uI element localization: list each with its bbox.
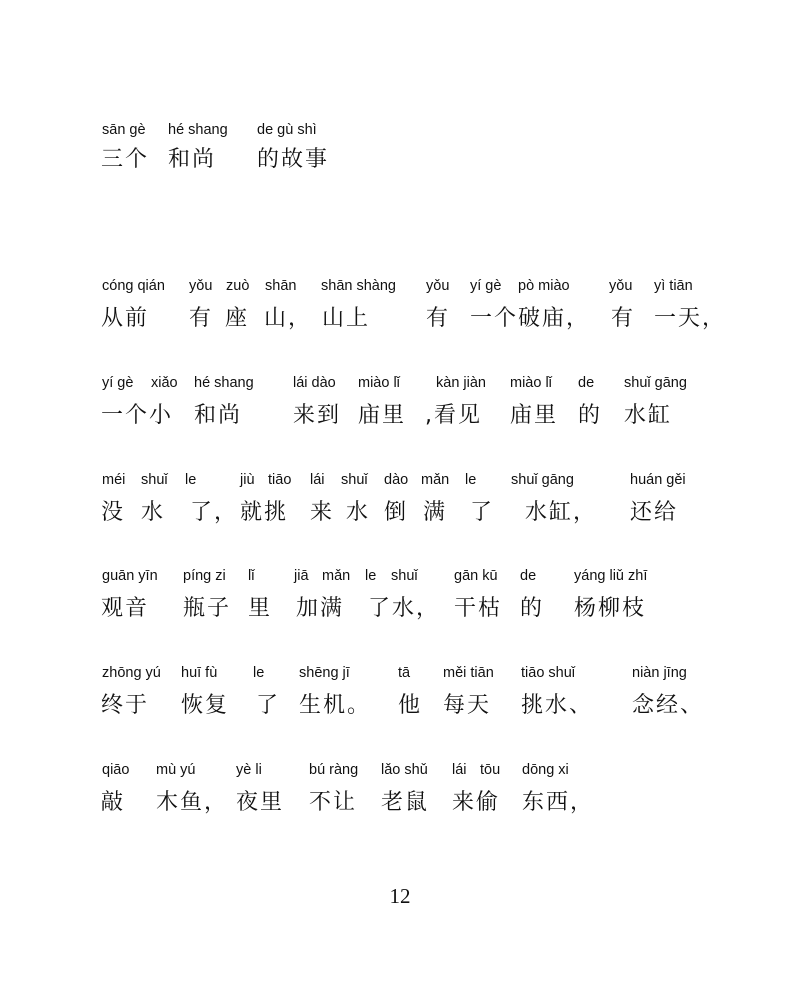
pinyin-word: jiù xyxy=(240,471,255,489)
hanzi-word: 每天 xyxy=(443,692,491,720)
hanzi-word: 水 xyxy=(346,499,370,527)
hanzi-word: 老鼠 xyxy=(381,789,429,817)
hanzi-word: 没 xyxy=(101,499,125,527)
pinyin-word: mǎn xyxy=(421,471,449,489)
title-pinyin: sān gè xyxy=(102,121,146,139)
hanzi-word: 来到 xyxy=(293,402,341,430)
pinyin-word: yí gè xyxy=(470,277,501,295)
pinyin-word: qiāo xyxy=(102,761,129,779)
pinyin-word: le xyxy=(365,567,376,585)
pinyin-word: shuǐ xyxy=(341,471,368,489)
hanzi-word: 有 xyxy=(426,305,450,333)
pinyin-word: bú ràng xyxy=(309,761,358,779)
hanzi-word: 加满 xyxy=(296,595,344,623)
hanzi-word: 一天， xyxy=(654,305,726,333)
pinyin-word: dào xyxy=(384,471,408,489)
hanzi-word: 座 xyxy=(225,305,249,333)
pinyin-word: miào lǐ xyxy=(510,374,552,392)
pinyin-word: yǒu xyxy=(189,277,212,295)
hanzi-word: 有 xyxy=(611,305,635,333)
pinyin-word: yí gè xyxy=(102,374,133,392)
pinyin-word: miào lǐ xyxy=(358,374,400,392)
storybook-page: sān gèhé shangde gù shì三个和尚的故事cóng qiány… xyxy=(0,0,800,1000)
pinyin-word: kàn jiàn xyxy=(436,374,486,392)
hanzi-word: 了， xyxy=(190,499,238,527)
pinyin-word: xiǎo xyxy=(151,374,178,392)
pinyin-word: shuǐ xyxy=(391,567,418,585)
hanzi-word: 和尚 xyxy=(194,402,242,430)
pinyin-word: shuǐ gāng xyxy=(511,471,574,489)
pinyin-word: mǎn xyxy=(322,567,350,585)
pinyin-word: yǒu xyxy=(609,277,632,295)
hanzi-word: 山上 xyxy=(322,305,370,333)
title-hanzi: 三个 xyxy=(101,146,149,174)
pinyin-word: niàn jīng xyxy=(632,664,687,682)
hanzi-word: 庙里 xyxy=(358,402,406,430)
pinyin-word: lǎo shǔ xyxy=(381,761,428,779)
hanzi-word: 干枯 xyxy=(454,595,502,623)
hanzi-word: 生机。 xyxy=(299,692,371,720)
pinyin-word: hé shang xyxy=(194,374,254,392)
pinyin-word: lái dào xyxy=(293,374,336,392)
hanzi-word: 水缸 xyxy=(624,402,672,430)
hanzi-word: 来 xyxy=(310,499,334,527)
hanzi-word: 的 xyxy=(520,595,544,623)
hanzi-word: 山， xyxy=(264,305,312,333)
hanzi-word: 瓶子 xyxy=(183,595,231,623)
hanzi-word: ,看见 xyxy=(425,402,482,430)
hanzi-word: 有 xyxy=(189,305,213,333)
pinyin-word: cóng qián xyxy=(102,277,165,295)
hanzi-word: 观音 xyxy=(101,595,149,623)
pinyin-word: shēng jī xyxy=(299,664,350,682)
pinyin-word: zhōng yú xyxy=(102,664,161,682)
hanzi-word: 敲 xyxy=(101,789,125,817)
pinyin-word: dōng xi xyxy=(522,761,569,779)
hanzi-word: 一个破庙， xyxy=(470,305,590,333)
pinyin-word: měi tiān xyxy=(443,664,494,682)
pinyin-word: shān shàng xyxy=(321,277,396,295)
pinyin-word: yì tiān xyxy=(654,277,693,295)
hanzi-word: 杨柳枝 xyxy=(574,595,646,623)
title-hanzi: 的故事 xyxy=(257,146,329,174)
pinyin-word: tiāo shuǐ xyxy=(521,664,575,682)
hanzi-word: 念经、 xyxy=(632,692,704,720)
pinyin-word: guān yīn xyxy=(102,567,158,585)
hanzi-word: 满 xyxy=(423,499,447,527)
hanzi-word: 从前 xyxy=(101,305,149,333)
hanzi-word: 庙里 xyxy=(510,402,558,430)
hanzi-word: 一个小 xyxy=(101,402,173,430)
hanzi-word: 倒 xyxy=(384,499,408,527)
hanzi-word: 东西， xyxy=(522,789,594,817)
hanzi-word: 就挑 xyxy=(240,499,288,527)
pinyin-word: shuǐ gāng xyxy=(624,374,687,392)
pinyin-word: shān xyxy=(265,277,296,295)
pinyin-word: gān kū xyxy=(454,567,498,585)
hanzi-word: 还给 xyxy=(630,499,678,527)
page-number: 12 xyxy=(0,884,800,909)
pinyin-word: yáng liǔ zhī xyxy=(574,567,647,585)
hanzi-word: 他 xyxy=(398,692,422,720)
pinyin-word: yǒu xyxy=(426,277,449,295)
hanzi-word: 不让 xyxy=(309,789,357,817)
hanzi-word: 水 xyxy=(141,499,165,527)
pinyin-word: zuò xyxy=(226,277,249,295)
title-hanzi: 和尚 xyxy=(168,146,216,174)
pinyin-word: le xyxy=(465,471,476,489)
hanzi-word: 的 xyxy=(578,402,602,430)
hanzi-word: 挑水、 xyxy=(521,692,593,720)
pinyin-word: píng zi xyxy=(183,567,226,585)
hanzi-word: 水缸， xyxy=(525,499,597,527)
pinyin-word: yè li xyxy=(236,761,262,779)
pinyin-word: jiā xyxy=(294,567,309,585)
pinyin-word: mù yú xyxy=(156,761,196,779)
hanzi-word: 里 xyxy=(248,595,272,623)
pinyin-word: pò miào xyxy=(518,277,570,295)
hanzi-word: 了 xyxy=(470,499,494,527)
pinyin-word: le xyxy=(185,471,196,489)
pinyin-word: méi xyxy=(102,471,125,489)
hanzi-word: 夜里 xyxy=(236,789,284,817)
pinyin-word: huán gěi xyxy=(630,471,686,489)
hanzi-word: 了水， xyxy=(368,595,440,623)
title-pinyin: de gù shì xyxy=(257,121,317,139)
pinyin-word: de xyxy=(578,374,594,392)
hanzi-word: 恢复 xyxy=(181,692,229,720)
pinyin-word: lǐ xyxy=(248,567,254,585)
pinyin-word: lái xyxy=(452,761,467,779)
pinyin-word: shuǐ xyxy=(141,471,168,489)
pinyin-word: le xyxy=(253,664,264,682)
pinyin-word: huī fù xyxy=(181,664,217,682)
hanzi-word: 来偷 xyxy=(452,789,500,817)
pinyin-word: tiāo xyxy=(268,471,291,489)
hanzi-word: 终于 xyxy=(101,692,149,720)
pinyin-word: de xyxy=(520,567,536,585)
hanzi-word: 木鱼， xyxy=(156,789,228,817)
pinyin-word: lái xyxy=(310,471,325,489)
hanzi-word: 了 xyxy=(256,692,280,720)
pinyin-word: tōu xyxy=(480,761,500,779)
title-pinyin: hé shang xyxy=(168,121,228,139)
pinyin-word: tā xyxy=(398,664,410,682)
